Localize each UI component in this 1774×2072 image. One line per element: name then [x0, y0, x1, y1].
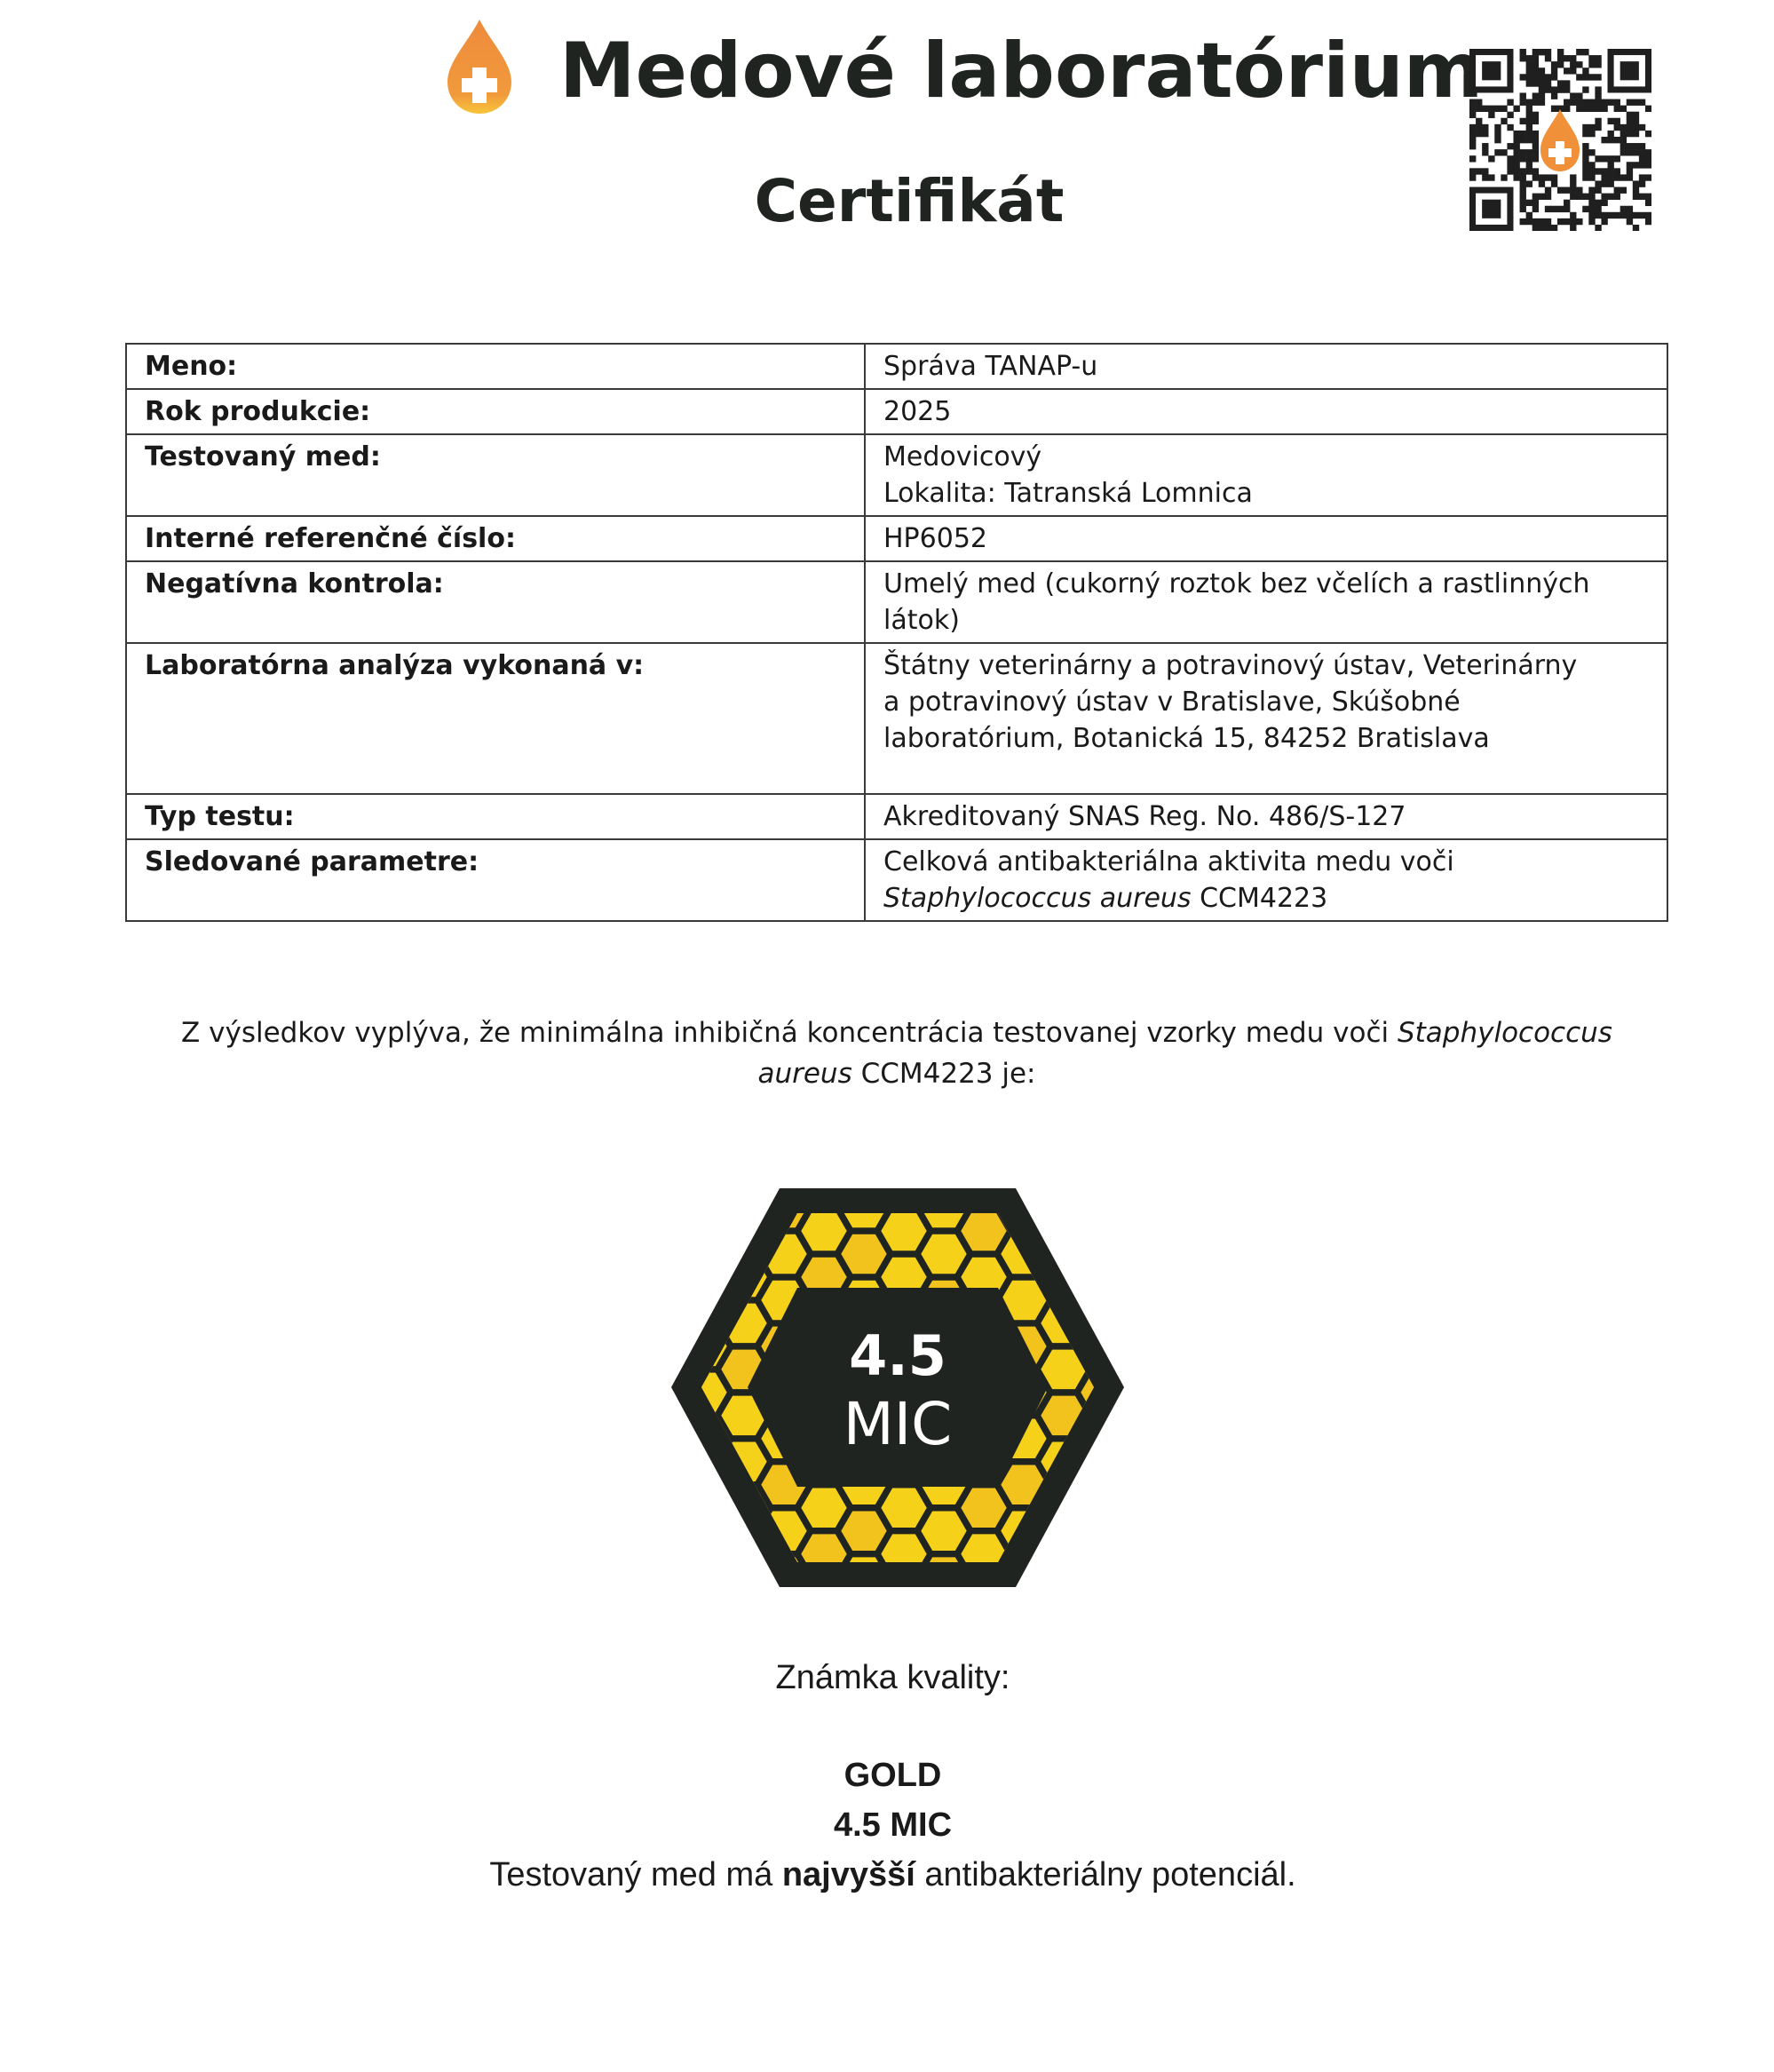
value-line: Správa TANAP-u — [883, 348, 1649, 385]
result-line-2: aureus CCM4223 je: — [133, 1053, 1660, 1094]
value-line: a potravinový ústav v Bratislave, Skúšob… — [883, 684, 1649, 720]
row-label: Sledované parametre: — [126, 839, 865, 921]
row-value: Správa TANAP-u — [865, 344, 1667, 389]
table-row: Interné referenčné číslo:HP6052 — [126, 516, 1667, 561]
row-value: 2025 — [865, 389, 1667, 434]
quality-label: Známka kvality: — [0, 1659, 1774, 1697]
value-line: Staphylococcus aureus CCM4223 — [883, 880, 1649, 917]
conclusion-text: Testovaný med má najvyšší antibakteriáln… — [0, 1856, 1774, 1894]
mic-honeycomb-badge: 4.5 MIC — [664, 1181, 1131, 1594]
table-row: Typ testu:Akreditovaný SNAS Reg. No. 486… — [126, 794, 1667, 839]
conclusion-emphasis: najvyšší — [782, 1856, 915, 1893]
value-line: Akreditovaný SNAS Reg. No. 486/S-127 — [883, 798, 1649, 835]
row-value: Celková antibakteriálna aktivita medu vo… — [865, 839, 1667, 921]
quality-grade-value: 4.5 MIC — [0, 1806, 1774, 1845]
table-row: Sledované parametre:Celková antibakteriá… — [126, 839, 1667, 921]
value-line: laboratórium, Botanická 15, 84252 Bratis… — [883, 720, 1649, 757]
table-row: Meno:Správa TANAP-u — [126, 344, 1667, 389]
row-value: Štátny veterinárny a potravinový ústav, … — [865, 643, 1667, 794]
result-statement: Z výsledkov vyplýva, že minimálna inhibi… — [133, 1012, 1660, 1094]
honey-drop-cross-icon — [444, 18, 515, 115]
table-row: Testovaný med:MedovicovýLokalita: Tatran… — [126, 434, 1667, 516]
value-line: Medovicový — [883, 439, 1649, 475]
row-label: Interné referenčné číslo: — [126, 516, 865, 561]
row-label: Laboratórna analýza vykonaná v: — [126, 643, 865, 794]
row-label: Testovaný med: — [126, 434, 865, 516]
row-label: Negatívna kontrola: — [126, 561, 865, 643]
result-line-1: Z výsledkov vyplýva, že minimálna inhibi… — [133, 1012, 1660, 1053]
badge-value: 4.5 — [849, 1323, 946, 1388]
value-line: látok) — [883, 602, 1649, 639]
value-line: Štátny veterinárny a potravinový ústav, … — [883, 647, 1649, 684]
badge-unit: MIC — [843, 1390, 953, 1458]
row-value: Akreditovaný SNAS Reg. No. 486/S-127 — [865, 794, 1667, 839]
value-line: Celková antibakteriálna aktivita medu vo… — [883, 844, 1649, 880]
row-value: HP6052 — [865, 516, 1667, 561]
qr-code-icon[interactable] — [1469, 49, 1651, 231]
row-value: Umelý med (cukorný roztok bez včelích a … — [865, 561, 1667, 643]
certificate-info-table: Meno:Správa TANAP-uRok produkcie:2025Tes… — [125, 343, 1668, 922]
row-label: Meno: — [126, 344, 865, 389]
value-line: HP6052 — [883, 520, 1649, 557]
value-line: 2025 — [883, 393, 1649, 430]
table-row: Negatívna kontrola:Umelý med (cukorný ro… — [126, 561, 1667, 643]
row-label: Typ testu: — [126, 794, 865, 839]
value-line: Lokalita: Tatranská Lomnica — [883, 475, 1649, 512]
table-row: Rok produkcie:2025 — [126, 389, 1667, 434]
row-label: Rok produkcie: — [126, 389, 865, 434]
quality-grade: GOLD — [0, 1757, 1774, 1795]
app-title: Medové laboratórium — [559, 27, 1483, 115]
value-line: Umelý med (cukorný roztok bez včelích a … — [883, 566, 1649, 602]
table-row: Laboratórna analýza vykonaná v:Štátny ve… — [126, 643, 1667, 794]
row-value: MedovicovýLokalita: Tatranská Lomnica — [865, 434, 1667, 516]
certificate-header: Medové laboratórium Certifikát — [0, 0, 1774, 266]
